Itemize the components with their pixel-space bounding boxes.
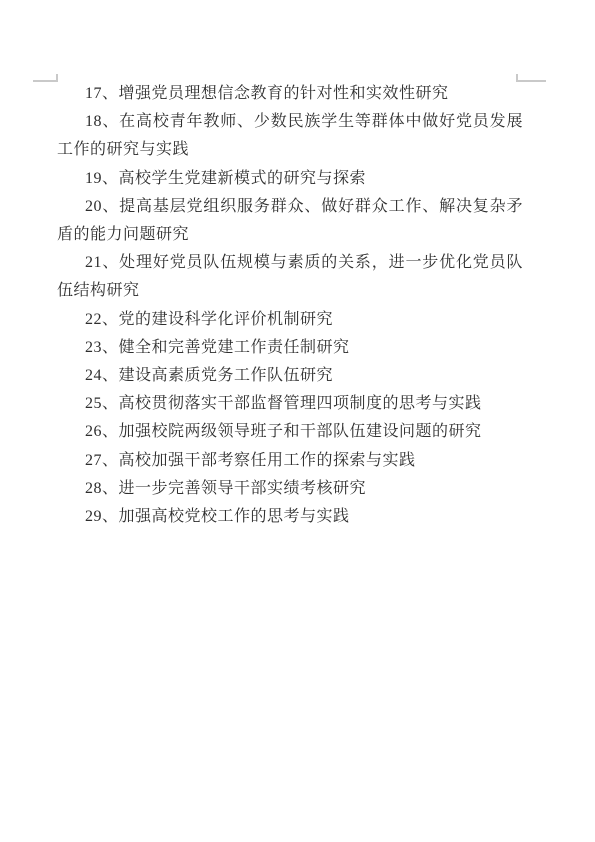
document-page: 17、增强党员理想信念教育的针对性和实效性研究 18、在高校青年教师、少数民族学…	[0, 0, 595, 842]
topic-list: 17、增强党员理想信念教育的针对性和实效性研究 18、在高校青年教师、少数民族学…	[57, 80, 523, 531]
margin-mark-horizontal-line	[33, 80, 58, 82]
topic-item: 19、高校学生党建新模式的研究与探索	[57, 165, 523, 193]
topic-item: 17、增强党员理想信念教育的针对性和实效性研究	[57, 80, 523, 108]
topic-item: 21、处理好党员队伍规模与素质的关系，进一步优化党员队伍结构研究	[57, 249, 523, 305]
topic-item: 25、高校贯彻落实干部监督管理四项制度的思考与实践	[57, 390, 523, 418]
topic-item: 26、加强校院两级领导班子和干部队伍建设问题的研究	[57, 418, 523, 446]
topic-item: 20、提高基层党组织服务群众、做好群众工作、解决复杂矛盾的能力问题研究	[57, 193, 523, 249]
topic-item: 29、加强高校党校工作的思考与实践	[57, 503, 523, 531]
topic-item: 24、建设高素质党务工作队伍研究	[57, 362, 523, 390]
topic-item: 23、健全和完善党建工作责任制研究	[57, 334, 523, 362]
topic-item: 28、进一步完善领导干部实绩考核研究	[57, 475, 523, 503]
topic-item: 27、高校加强干部考察任用工作的探索与实践	[57, 447, 523, 475]
topic-item: 22、党的建设科学化评价机制研究	[57, 306, 523, 334]
topic-item: 18、在高校青年教师、少数民族学生等群体中做好党员发展工作的研究与实践	[57, 108, 523, 164]
